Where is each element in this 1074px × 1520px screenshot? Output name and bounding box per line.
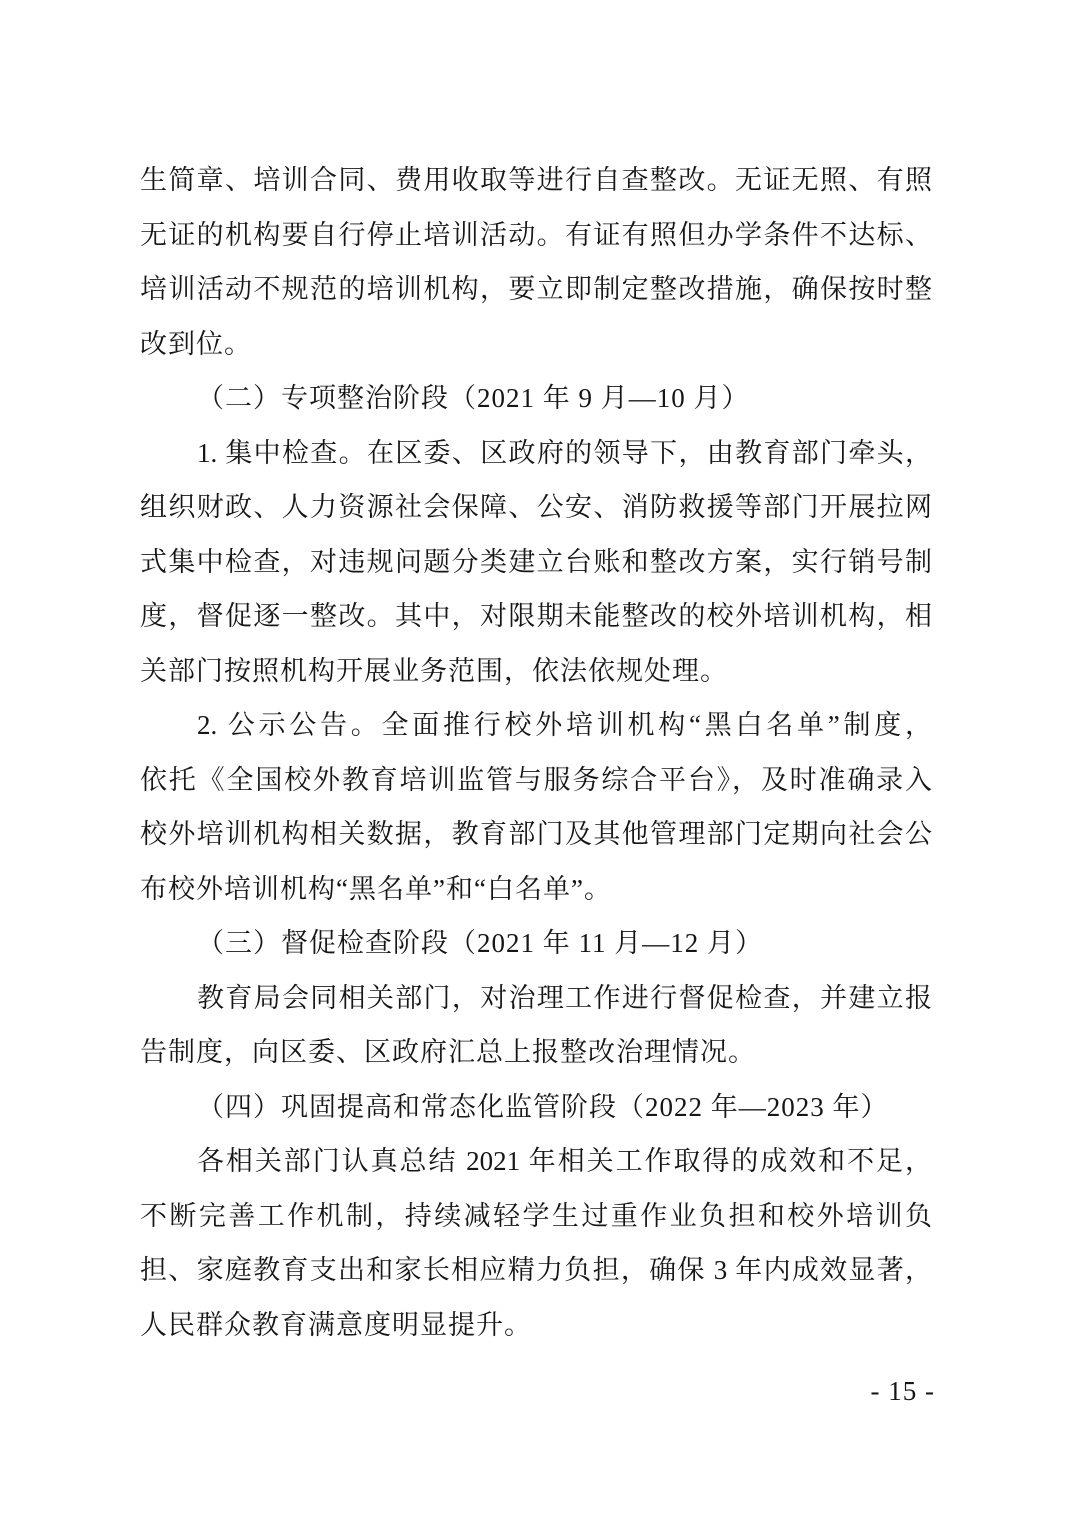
document-line: （三）督促检查阶段（2021 年 11 月—12 月） bbox=[140, 916, 932, 971]
document-line: 式集中检查，对违规问题分类建立台账和整改方案，实行销号制 bbox=[140, 535, 932, 590]
document-line: 关部门按照机构开展业务范围，依法依规处理。 bbox=[140, 644, 932, 699]
document-line: 生简章、培训合同、费用收取等进行自查整改。无证无照、有照 bbox=[140, 153, 932, 208]
document-line: 人民群众教育满意度明显提升。 bbox=[140, 1298, 932, 1353]
document-line: （二）专项整治阶段（2021 年 9 月—10 月） bbox=[140, 371, 932, 426]
document-line: 1. 集中检查。在区委、区政府的领导下，由教育部门牵头， bbox=[140, 426, 932, 481]
document-line: 组织财政、人力资源社会保障、公安、消防救援等部门开展拉网 bbox=[140, 480, 932, 535]
document-line: 2. 公示公告。全面推行校外培训机构“黑白名单”制度， bbox=[140, 698, 932, 753]
page-number: - 15 - bbox=[871, 1376, 935, 1406]
document-line: （四）巩固提高和常态化监管阶段（2022 年—2023 年） bbox=[140, 1080, 932, 1135]
document-line: 布校外培训机构“黑名单”和“白名单”。 bbox=[140, 862, 932, 917]
document-line: 不断完善工作机制，持续减轻学生过重作业负担和校外培训负 bbox=[140, 1189, 932, 1244]
document-line: 改到位。 bbox=[140, 317, 932, 372]
document-line: 担、家庭教育支出和家长相应精力负担，确保 3 年内成效显著， bbox=[140, 1243, 932, 1298]
document-line: 教育局会同相关部门，对治理工作进行督促检查，并建立报 bbox=[140, 971, 932, 1026]
document-line: 校外培训机构相关数据，教育部门及其他管理部门定期向社会公 bbox=[140, 807, 932, 862]
document-line: 培训活动不规范的培训机构，要立即制定整改措施，确保按时整 bbox=[140, 262, 932, 317]
document-body: 生简章、培训合同、费用收取等进行自查整改。无证无照、有照无证的机构要自行停止培训… bbox=[140, 153, 932, 1352]
document-line: 告制度，向区委、区政府汇总上报整改治理情况。 bbox=[140, 1025, 932, 1080]
document-line: 依托《全国校外教育培训监管与服务综合平台》，及时准确录入 bbox=[140, 753, 932, 808]
document-line: 各相关部门认真总结 2021 年相关工作取得的成效和不足， bbox=[140, 1134, 932, 1189]
document-line: 无证的机构要自行停止培训活动。有证有照但办学条件不达标、 bbox=[140, 208, 932, 263]
document-line: 度，督促逐一整改。其中，对限期未能整改的校外培训机构，相 bbox=[140, 589, 932, 644]
document-page: 生简章、培训合同、费用收取等进行自查整改。无证无照、有照无证的机构要自行停止培训… bbox=[0, 0, 1074, 1520]
